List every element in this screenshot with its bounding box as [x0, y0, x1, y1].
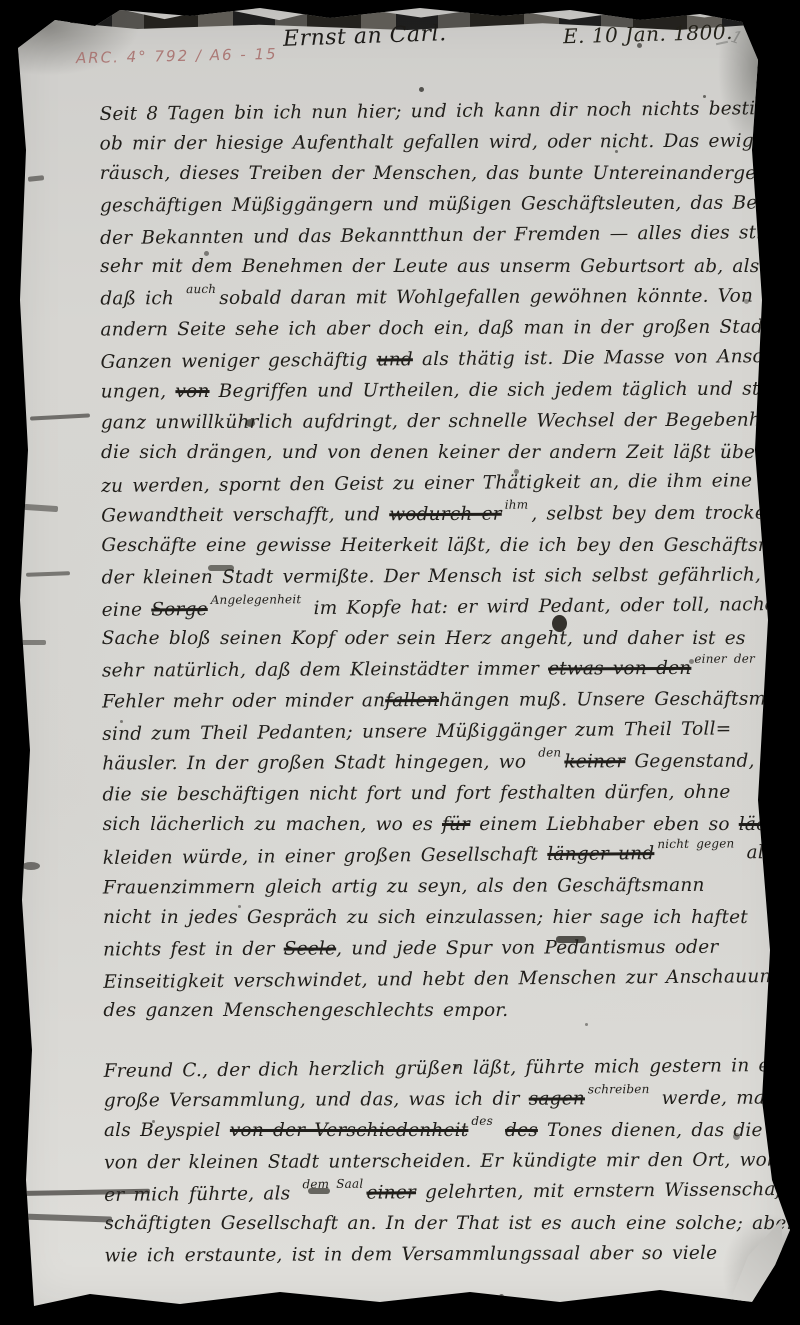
- ink-blot: [552, 615, 567, 632]
- manuscript-line: Geschäfte eine gewisse Heiterkeit läßt, …: [101, 530, 773, 561]
- handwritten-text: Seit 8 Tagen bin ich nun hier; und ich k…: [99, 98, 800, 125]
- scanned-letter-page: ARC. 4° 792 / A6 - 15 Ernst an Carl. E. …: [0, 0, 800, 1325]
- manuscript-line: Seit 8 Tagen bin ich nun hier; und ich k…: [99, 93, 771, 130]
- inserted-text: des: [471, 1106, 493, 1137]
- inserted-text: Angelegenheit: [211, 584, 302, 616]
- handwritten-text: große Versammlung, und das, was ich dir: [104, 1089, 529, 1112]
- handwritten-text: Frauenzimmern gleich artig zu seyn, als …: [103, 875, 705, 899]
- manuscript-line: daß ich auchsobald daran mit Wohlgefalle…: [100, 281, 772, 315]
- ink-blot: [208, 565, 234, 571]
- manuscript-line: die sie beschäftigen nicht fort und fort…: [102, 777, 774, 811]
- ink-smudge: [22, 1213, 112, 1222]
- struck-text: fallen: [385, 690, 439, 711]
- handwritten-text: bald: [758, 657, 800, 678]
- manuscript-line: zu werden, spornt den Geist zu einer Thä…: [101, 465, 773, 502]
- struck-text: und: [377, 349, 413, 370]
- handwritten-text: der kleinen Stadt vermißte. Der Mensch i…: [101, 564, 800, 588]
- inserted-text: den: [538, 737, 561, 768]
- manuscript-line: sind zum Theil Pedanten; unsere Müßiggän…: [102, 713, 774, 750]
- struck-text: einer: [366, 1182, 416, 1203]
- ink-blot: [556, 936, 586, 943]
- ink-smudge: [20, 640, 46, 645]
- manuscript-line: der kleinen Stadt vermißte. Der Mensch i…: [101, 560, 773, 594]
- archive-stamp: ARC. 4° 792 / A6 - 15: [76, 45, 278, 67]
- handwritten-text: häusler. In der großen Stadt hingegen, w…: [102, 752, 535, 775]
- handwritten-text: andern Seite sehe ich aber doch ein, daß…: [100, 316, 800, 340]
- handwritten-text: Gegenstand,: [625, 751, 754, 773]
- struck-text: sagen: [529, 1088, 585, 1109]
- handwritten-text: sehr natürlich, daß dem Kleinstädter imm…: [102, 659, 548, 682]
- inserted-text: nicht gegen: [657, 828, 734, 860]
- inserted-text: einer der: [694, 644, 755, 675]
- ink-dot-top-edge: [90, 8, 105, 22]
- handwritten-text: eine: [102, 600, 152, 621]
- manuscript-body: Seit 8 Tagen bin ich nun hier; und ich k…: [99, 95, 776, 1272]
- struck-text: für: [442, 814, 470, 835]
- manuscript-line: als Beyspiel von der Verschiedenheitdes …: [104, 1115, 776, 1146]
- ink-smudge: [24, 504, 58, 512]
- manuscript-paragraph: Freund C., der dich herzlich grüßen läßt…: [104, 1052, 777, 1272]
- manuscript-line: nichts fest in der Seele, und jede Spur …: [103, 932, 775, 966]
- handwritten-text: ob mir der hiesige Aufenthalt gefallen w…: [100, 130, 800, 154]
- letter-title: Ernst an Carl.: [283, 21, 447, 52]
- handwritten-text: Geschäfte eine gewisse Heiterkeit läßt, …: [101, 535, 800, 556]
- struck-text: des: [505, 1120, 538, 1141]
- manuscript-line: ob mir der hiesige Aufenthalt gefallen w…: [100, 126, 772, 160]
- handwritten-text: , und jede Spur von Pedantismus oder: [336, 937, 718, 960]
- manuscript-line: geschäftigen Müßiggängern und müßigen Ge…: [100, 188, 772, 222]
- manuscript-line: räusch, dieses Treiben der Menschen, das…: [100, 158, 772, 189]
- inserted-text: auch: [186, 274, 216, 305]
- handwritten-text: die sich drängen, und von denen keiner d…: [101, 442, 800, 463]
- manuscript-line: sehr natürlich, daß dem Kleinstädter imm…: [102, 653, 774, 687]
- ink-smudge: [28, 175, 44, 182]
- paper-sheet: ARC. 4° 792 / A6 - 15 Ernst an Carl. E. …: [0, 0, 800, 1325]
- handwritten-text: sind zum Theil Pedanten; unsere Müßiggän…: [102, 718, 731, 744]
- manuscript-line: der Bekannten und das Bekanntthun der Fr…: [100, 217, 772, 254]
- manuscript-line: Sache bloß seinen Kopf oder sein Herz an…: [102, 623, 774, 654]
- handwritten-text: Tones dienen, das die große: [538, 1120, 800, 1141]
- handwritten-text: Begriffen und Urtheilen, die sich jedem …: [209, 378, 800, 402]
- handwritten-text: ungen,: [101, 381, 176, 402]
- handwritten-text: werde, mag dir: [653, 1087, 800, 1109]
- handwritten-text: Einseitigkeit verschwindet, und hebt den…: [103, 966, 783, 993]
- manuscript-line: andern Seite sehe ich aber doch ein, daß…: [100, 312, 772, 346]
- handwritten-text: Ganzen weniger geschäftig: [101, 350, 377, 373]
- handwritten-text: der Bekannten und das Bekanntthun der Fr…: [100, 222, 800, 249]
- handwritten-text: sich lächerlich zu machen, wo es: [103, 814, 442, 835]
- paper-speckles: [0, 0, 3, 3]
- handwritten-text: kleiden würde, in einer großen Gesellsch…: [103, 844, 548, 869]
- handwritten-text: hängen muß. Unsere Geschäftsmänner: [439, 688, 800, 711]
- handwritten-text: gelehrten, mit ernstern Wissenschaften b…: [416, 1178, 800, 1203]
- struck-text: wodurch er: [389, 504, 502, 525]
- manuscript-line: er mich führte, als dem Saaleiner gelehr…: [104, 1174, 776, 1211]
- handwritten-text: die sie beschäftigen nicht fort und fort…: [102, 782, 730, 806]
- struck-text: Sorge: [151, 599, 208, 620]
- manuscript-line: große Versammlung, und das, was ich dir …: [104, 1083, 776, 1117]
- manuscript-line: ungen, von Begriffen und Urtheilen, die …: [101, 374, 773, 408]
- handwritten-text: allen: [737, 842, 793, 863]
- inserted-text: schreiben: [588, 1074, 650, 1105]
- ink-blot: [308, 1188, 330, 1194]
- manuscript-line: des ganzen Menschengeschlechts empor.: [103, 995, 775, 1026]
- letter-date: E. 10 Jan. 1800.: [563, 20, 733, 48]
- inserted-text: ihm: [505, 490, 529, 521]
- manuscript-line: ganz unwillkührlich aufdringt, der schne…: [101, 405, 773, 439]
- manuscript-line: eine SorgeAngelegenheit im Kopfe hat: er…: [102, 589, 774, 626]
- handwritten-text: daß ich: [100, 288, 183, 309]
- handwritten-text: , selbst bey dem trockensten: [531, 502, 800, 524]
- manuscript-line: Freund C., der dich herzlich grüßen läßt…: [104, 1050, 776, 1087]
- handwritten-text: schäftigten Gesellschaft an. In der That…: [104, 1213, 795, 1234]
- handwritten-text: als thätig ist. Die Masse von Anschau=: [413, 346, 800, 371]
- handwritten-text: er mich führte, als: [104, 1183, 299, 1206]
- manuscript-line: schäftigten Gesellschaft an. In der That…: [104, 1208, 776, 1239]
- handwritten-text: wie ich erstaunte, ist in dem Versammlun…: [104, 1243, 717, 1267]
- manuscript-paragraph: Seit 8 Tagen bin ich nun hier; und ich k…: [99, 95, 775, 1028]
- manuscript-line: nicht in jedes Gespräch zu sich einzulas…: [103, 902, 775, 933]
- manuscript-line: wie ich erstaunte, ist in dem Versammlun…: [104, 1238, 776, 1272]
- struck-text: Seele: [284, 938, 337, 959]
- ink-smudge: [26, 571, 70, 577]
- struck-text: lächerlich: [739, 814, 800, 835]
- manuscript-line: Ganzen weniger geschäftig und als thätig…: [100, 341, 772, 378]
- handwritten-text: räusch, dieses Treiben der Menschen, das…: [100, 163, 800, 184]
- struck-text: länger und: [547, 843, 654, 865]
- handwritten-text: Fehler mehr oder minder an: [102, 690, 385, 712]
- ink-smudge: [22, 862, 40, 870]
- ink-smudge: [30, 413, 90, 420]
- handwritten-text: sobald daran mit Wohlgefallen gewöhnen k…: [219, 285, 794, 309]
- manuscript-line: von der kleinen Stadt unterscheiden. Er …: [104, 1145, 776, 1179]
- handwritten-text: ganz unwillkührlich aufdringt, der schne…: [101, 409, 800, 433]
- manuscript-line: kleiden würde, in einer großen Gesellsch…: [103, 837, 775, 874]
- struck-text: keiner: [564, 751, 625, 772]
- handwritten-text: von der kleinen Stadt unterscheiden. Er …: [104, 1149, 797, 1173]
- struck-text: von der Verschiedenheit: [230, 1120, 469, 1141]
- handwritten-text: nicht in jedes Gespräch zu sich einzulas…: [103, 907, 748, 928]
- handwritten-text: als Beyspiel: [104, 1120, 230, 1141]
- ink-smudge: [6, 389, 20, 395]
- manuscript-line: häusler. In der großen Stadt hingegen, w…: [102, 746, 774, 780]
- handwritten-text: Sache bloß seinen Kopf oder sein Herz an…: [102, 628, 746, 649]
- ink-blot: [246, 419, 255, 427]
- handwritten-text: [496, 1120, 505, 1141]
- handwritten-text: Freund C., der dich herzlich grüßen läßt…: [104, 1055, 800, 1082]
- handwritten-text: nichts fest in der: [103, 939, 284, 961]
- manuscript-line: Gewandtheit verschafft, und wodurch erih…: [101, 498, 773, 532]
- inserted-text: dem Saal: [302, 1169, 363, 1201]
- struck-text: etwas von den: [548, 658, 691, 680]
- manuscript-line: Fehler mehr oder minder anfallenhängen m…: [102, 684, 774, 718]
- handwritten-text: Gewandtheit verschafft, und: [101, 504, 389, 526]
- struck-text: von: [175, 381, 209, 402]
- manuscript-line: die sich drängen, und von denen keiner d…: [101, 437, 773, 468]
- manuscript-line: Einseitigkeit verschwindet, und hebt den…: [103, 961, 775, 998]
- handwritten-text: im Kopfe hat: er wird Pedant, oder toll,…: [304, 593, 800, 619]
- manuscript-line: Frauenzimmern gleich artig zu seyn, als …: [103, 870, 775, 904]
- handwritten-text: zu werden, spornt den Geist zu einer Thä…: [101, 470, 752, 497]
- handwritten-text: des ganzen Menschengeschlechts empor.: [103, 1000, 508, 1021]
- handwritten-text: geschäftigen Müßiggängern und müßigen Ge…: [100, 192, 800, 216]
